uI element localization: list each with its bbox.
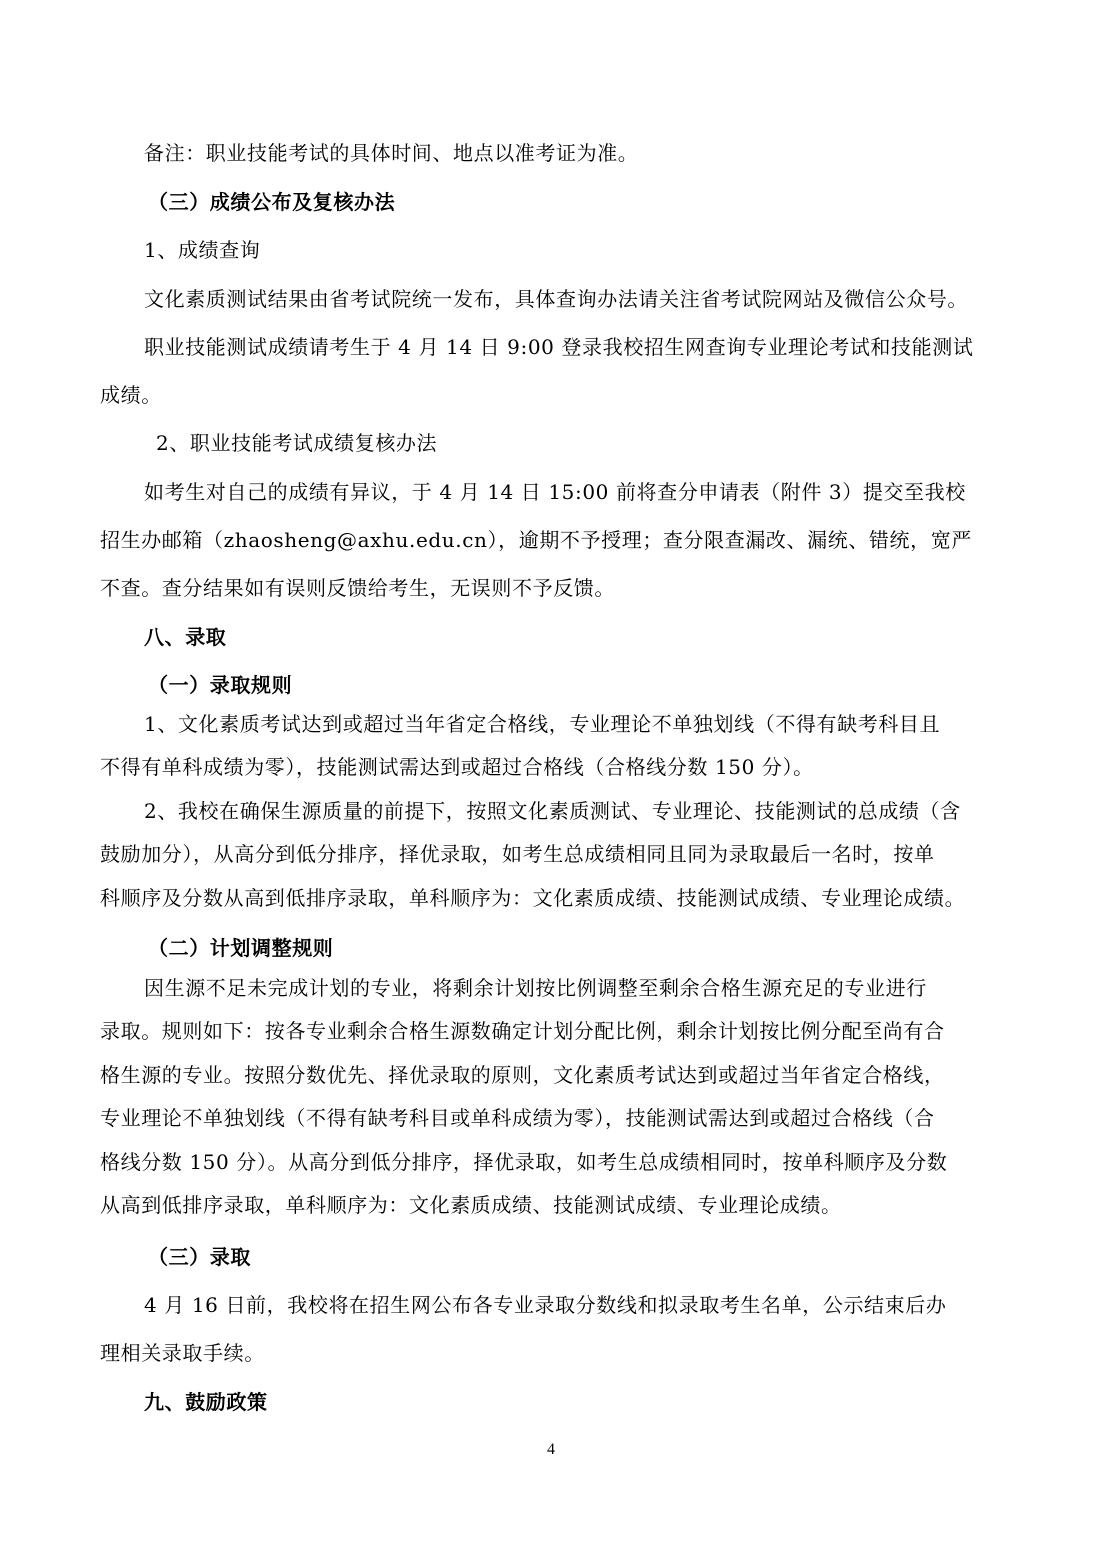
paragraph-line: 专业理论不单独划线（不得有缺考科目或单科成绩为零），技能测试需达到或超过合格线（… (100, 1104, 1005, 1132)
paragraph-line: 格线分数 150 分）。从高分到低分排序，择优录取，如考生总成绩相同时，按单科顺… (100, 1148, 1005, 1176)
paragraph-line: 鼓励加分），从高分到低分排序，择优录取，如考生总成绩相同且同为录取最后一名时，按… (100, 840, 1005, 868)
paragraph-line: 成绩。 (100, 381, 1005, 409)
note-paragraph: 备注：职业技能考试的具体时间、地点以准考证为准。 (144, 139, 1049, 167)
paragraph-line: 1、文化素质考试达到或超过当年省定合格线，专业理论不单独划线（不得有缺考科目且 (144, 710, 1049, 738)
paragraph-line: 科顺序及分数从高到低排序录取，单科顺序为：文化素质成绩、技能测试成绩、专业理论成… (100, 884, 1005, 912)
paragraph-line: 从高到低排序录取，单科顺序为：文化素质成绩、技能测试成绩、专业理论成绩。 (100, 1191, 1005, 1219)
item-heading-score-review: 2、职业技能考试成绩复核办法 (156, 429, 1061, 457)
subsection-heading-score-release: （三）成绩公布及复核办法 (148, 188, 1053, 216)
subsection-heading-admission-rules: （一）录取规则 (148, 671, 1053, 699)
paragraph-line: 理相关录取手续。 (100, 1339, 1005, 1367)
paragraph-line: 不查。查分结果如有误则反馈给考生，无误则不予反馈。 (100, 574, 1005, 602)
paragraph-line: 因生源不足未完成计划的专业，将剩余计划按比例调整至剩余合格生源充足的专业进行 (144, 974, 1049, 1002)
paragraph-line: 2、我校在确保生源质量的前提下，按照文化素质测试、专业理论、技能测试的总成绩（含 (144, 797, 1049, 825)
item-heading-score-query: 1、成绩查询 (144, 236, 1049, 264)
paragraph-line: 如考生对自己的成绩有异议，于 4 月 14 日 15:00 前将查分申请表（附件… (144, 478, 1049, 506)
subsection-heading-plan-adjustment: （二）计划调整规则 (148, 934, 1053, 962)
document-page: 备注：职业技能考试的具体时间、地点以准考证为准。 （三）成绩公布及复核办法 1、… (0, 0, 1102, 1559)
paragraph-line: 4 月 16 日前，我校将在招生网公布各专业录取分数线和拟录取考生名单，公示结束… (144, 1291, 1049, 1319)
paragraph-line-email: 招生办邮箱（zhaosheng@axhu.edu.cn），逾期不予授理；查分限查… (100, 526, 1005, 554)
section-heading-incentive-policy: 九、鼓励政策 (144, 1388, 1049, 1416)
paragraph-line: 不得有单科成绩为零），技能测试需达到或超过合格线（合格线分数 150 分）。 (100, 753, 1005, 781)
paragraph-line: 格生源的专业。按照分数优先、择优录取的原则，文化素质考试达到或超过当年省定合格线… (100, 1061, 1005, 1089)
paragraph-line: 文化素质测试结果由省考试院统一发布，具体查询办法请关注省考试院网站及微信公众号。 (144, 285, 1049, 313)
paragraph-line: 录取。规则如下：按各专业剩余合格生源数确定计划分配比例，剩余计划按比例分配至尚有… (100, 1017, 1005, 1045)
page-number: 4 (0, 1441, 1102, 1459)
section-heading-admission: 八、录取 (144, 623, 1049, 651)
subsection-heading-admission: （三）录取 (148, 1243, 1053, 1271)
paragraph-line: 职业技能测试成绩请考生于 4 月 14 日 9:00 登录我校招生网查询专业理论… (144, 333, 1049, 361)
